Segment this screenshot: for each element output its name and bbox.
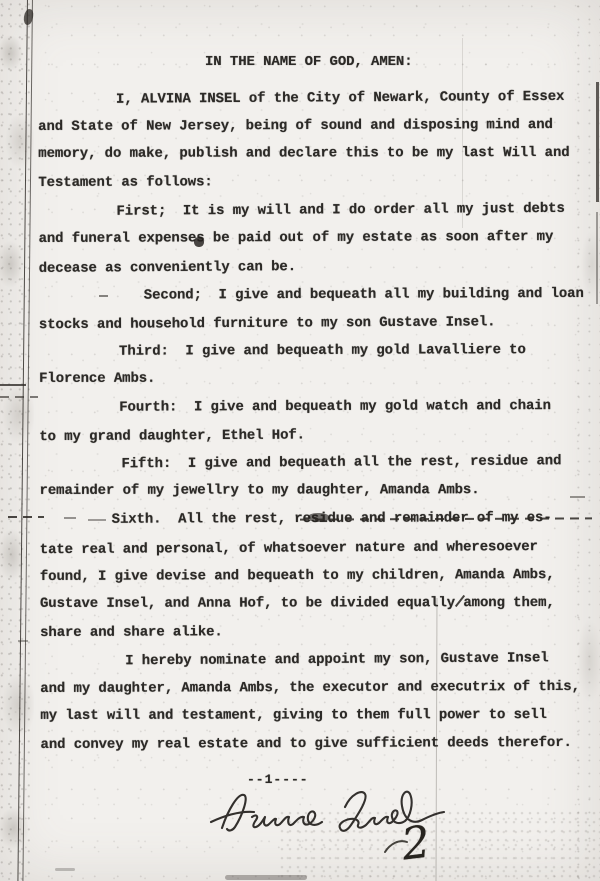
document-line: Sixth. All the rest, residue and remaind… <box>40 509 596 539</box>
document-line: I, ALVINA INSEL of the City of Newark, C… <box>38 88 594 120</box>
document-line: memory, do make, publish and declare thi… <box>38 144 594 173</box>
document-line: decease as conveniently can be. <box>39 256 595 288</box>
document-line: found, I give devise and bequeath to my … <box>40 565 596 595</box>
left-edge-rule-dashed <box>0 396 38 398</box>
document-line: I hereby nominate and appoint my son, Gu… <box>40 649 596 681</box>
document-line: and convey my real estate and to give su… <box>40 734 596 764</box>
document-line: Third: I give and bequeath my gold Laval… <box>39 341 595 371</box>
document-line: tate real and personal, of whatsoever na… <box>40 537 596 569</box>
document-line: and my daughter, Amanda Ambs, the execut… <box>40 678 596 708</box>
document-line: First; It is my will and I do order all … <box>38 200 594 232</box>
document-line: and funeral expenses be paid out of my e… <box>39 228 595 258</box>
bottom-edge-smudge <box>225 875 307 880</box>
document-line: Fifth: I give and bequeath all the rest,… <box>39 452 595 484</box>
document-line: and State of New Jersey, being of sound … <box>38 116 594 146</box>
right-edge-smudge <box>596 212 598 304</box>
document-line: Testament as follows: <box>38 172 594 202</box>
right-edge-smudge <box>596 82 599 202</box>
bottom-edge-smudge <box>55 868 75 871</box>
document-line: my last will and testament, giving to th… <box>40 706 596 735</box>
scanned-will-page: IN THE NAME OF GOD, AMEN: I, ALVINA INSE… <box>0 0 600 881</box>
document-line: Florence Ambs. <box>39 369 595 398</box>
document-line: Second; I give and bequeath all my build… <box>39 285 595 315</box>
document-title: IN THE NAME OF GOD, AMEN: <box>205 54 413 70</box>
document-line: Fourth: I give and bequeath my gold watc… <box>39 397 595 427</box>
handwritten-page-number: 2 <box>399 816 433 870</box>
document-line: share and share alike. <box>40 622 596 652</box>
document-line: stocks and household furniture to my son… <box>39 312 595 344</box>
signature-name-text: Alvina Insel <box>0 0 1 1</box>
document-body: I, ALVINA INSEL of the City of Newark, C… <box>38 88 597 764</box>
document-line: remainder of my jewellry to my daughter,… <box>40 481 596 510</box>
document-line: Gustave Insel, and Anna Hof, to be divid… <box>40 594 596 623</box>
binding-fold-line <box>17 0 33 881</box>
